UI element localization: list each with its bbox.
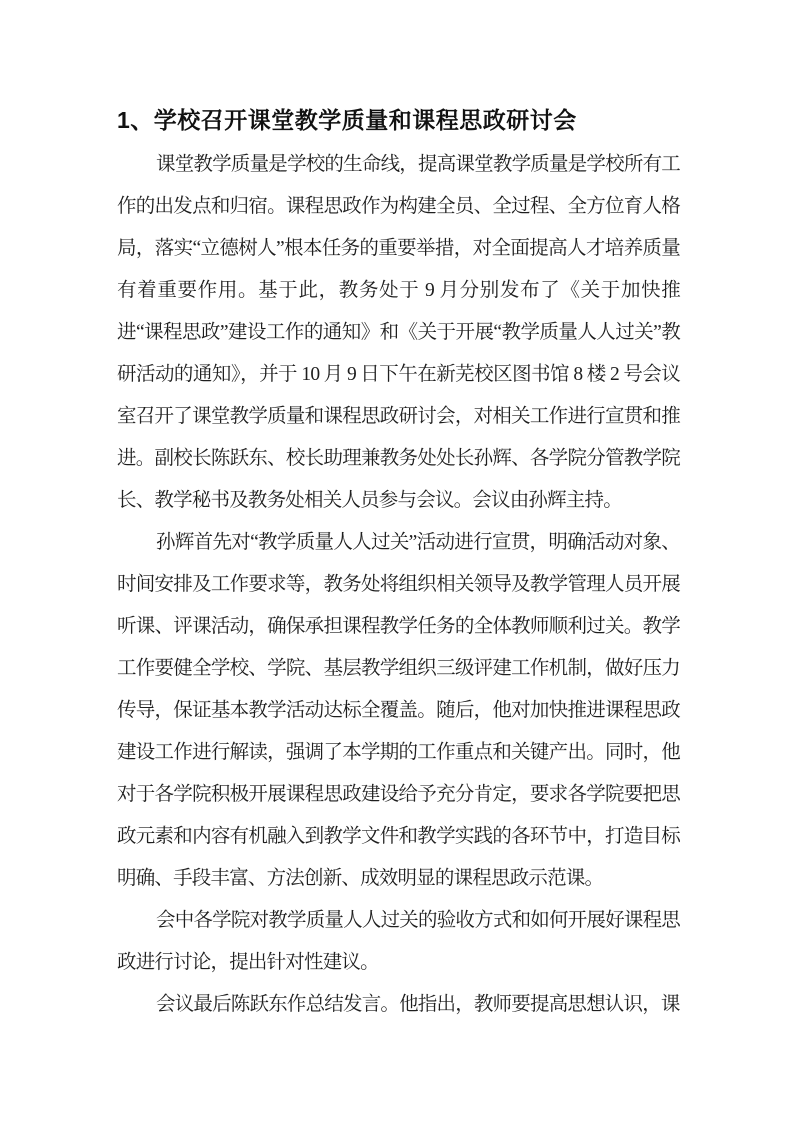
body-paragraph: 会议最后陈跃东作总结发言。他指出，教师要提高思想认识，课 [117,984,680,1026]
document-content: 1、学校召开课堂教学质量和课程思政研讨会 课堂教学质量是学校的生命线，提高课堂教… [117,103,680,1026]
body-paragraph: 课堂教学质量是学校的生命线，提高课堂教学质量是学校所有工作的出发点和归宿。课程思… [117,144,680,522]
body-paragraph: 会中各学院对教学质量人人过关的验收方式和如何开展好课程思政进行讨论，提出针对性建… [117,900,680,984]
document-page: 1、学校召开课堂教学质量和课程思政研讨会 课堂教学质量是学校的生命线，提高课堂教… [0,0,800,1131]
document-body: 课堂教学质量是学校的生命线，提高课堂教学质量是学校所有工作的出发点和归宿。课程思… [117,144,680,1026]
body-paragraph: 孙辉首先对“教学质量人人过关”活动进行宣贯，明确活动对象、时间安排及工作要求等，… [117,522,680,900]
page-title: 1、学校召开课堂教学质量和课程思政研讨会 [117,103,680,137]
